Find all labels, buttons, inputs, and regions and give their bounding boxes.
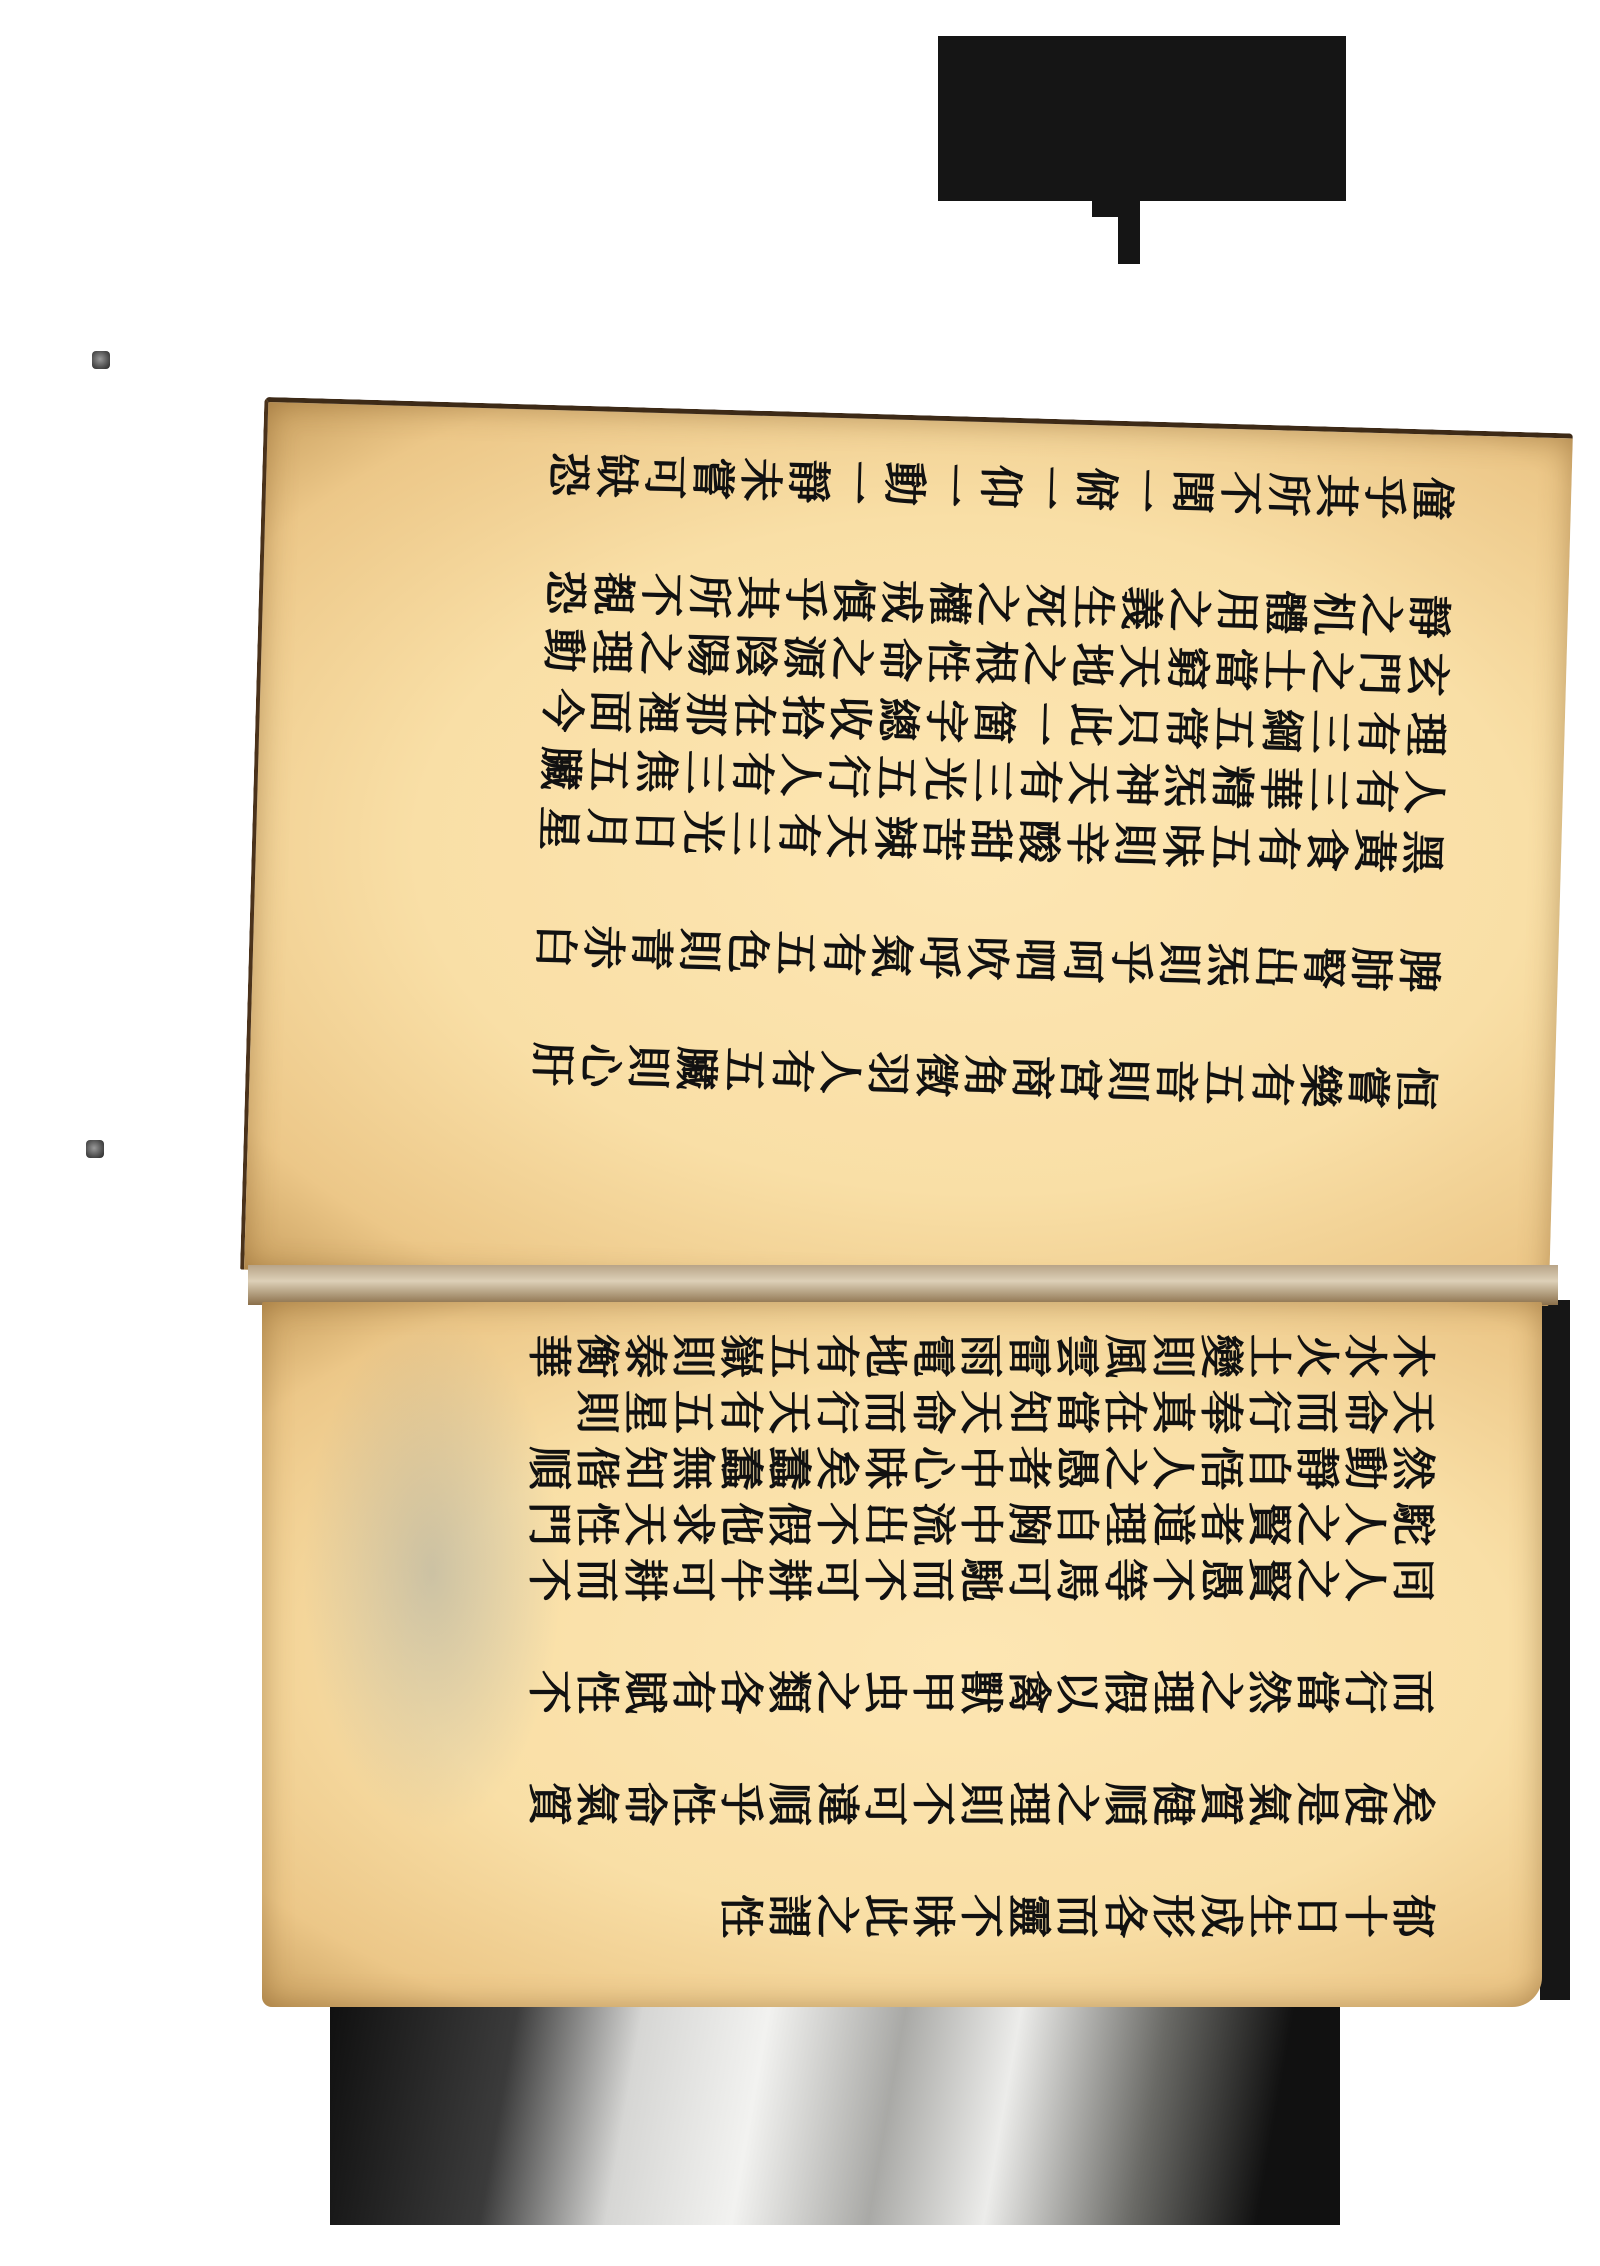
text-column: 木水火土變則風雲雷雨電地有五嶽則泰衡華 [520,1332,1432,1384]
manuscript-character: 不 [518,1670,570,1718]
background-cloth [330,2000,1340,2225]
redaction-block-tail [1118,200,1140,264]
manuscript-character: 動 [532,627,585,676]
text-column: 矣使是氣質健順之理則不可違順乎性命氣質 [520,1780,1432,1832]
bottom-page-text: 木水火土變則風雲雷雨電地有五嶽則泰衡華天命而行奉真在當知天命而行天有五星則然動靜… [262,1302,1542,2007]
manuscript-character: 今 [530,687,583,736]
text-column: 天命而行奉真在當知天命而行天有五星則 [568,1388,1432,1440]
manuscript-character: 恐 [537,452,590,501]
book-spine-fold [248,1265,1558,1305]
manuscript-page-top: 僮乎其所不聞一俯一仰一動一靜未嘗可缺恐靜之机體用之義生死之權戒慎乎其所不覩恐玄門… [240,397,1573,1306]
manuscript-character: 恐 [533,570,586,619]
text-column: 郁十日生成形各而靈不昧此之謂性 [712,1892,1432,1944]
manuscript-character: 則 [566,1390,618,1438]
manuscript-character: 門 [518,1502,570,1550]
manuscript-character: 白 [524,923,577,972]
manuscript-character: 星 [527,805,580,854]
text-column: 僮乎其所不聞一俯一仰一動一靜未嘗可缺恐 [539,450,1452,527]
manuscript-character: 順 [518,1446,570,1494]
book-edge-shadow [1540,1300,1570,2000]
manuscript-character: 不 [518,1558,570,1606]
top-page-text: 僮乎其所不聞一俯一仰一動一靜未嘗可缺恐靜之机體用之義生死之權戒慎乎其所不覩恐玄門… [244,402,1573,1306]
scan-artifact-dot [92,351,110,369]
manuscript-character: 肝 [520,1041,573,1090]
redaction-block [938,36,1346,201]
manuscript-character: 性 [710,1894,762,1942]
manuscript-character: 質 [518,1782,570,1830]
manuscript-character: 臟 [528,745,581,794]
text-column: 然動靜自悟人之愚者中心昧矣蠢蠢無知偕順 [520,1444,1432,1496]
manuscript-character: 華 [518,1334,570,1382]
text-column: 同人之賢愚不等馬可馳而不可耕牛可耕而不 [520,1556,1432,1608]
manuscript-page-bottom: 木水火土變則風雲雷雨電地有五嶽則泰衡華天命而行奉真在當知天命而行天有五星則然動靜… [262,1302,1542,2007]
text-column: 駝人之賢者道理自胸中流出不假他求天性門 [520,1500,1432,1552]
scan-artifact-dot [86,1140,104,1158]
text-column: 而行當然之理假以禽獸甲虫之類各有賦性不 [520,1668,1432,1720]
text-column: 脾肺腎出炁則乎呵呬吹呼氣有五色則青赤白 [525,921,1438,998]
text-column: 恒嘗樂有五音則宮商角徵羽人有五臟則心肝 [522,1039,1435,1116]
